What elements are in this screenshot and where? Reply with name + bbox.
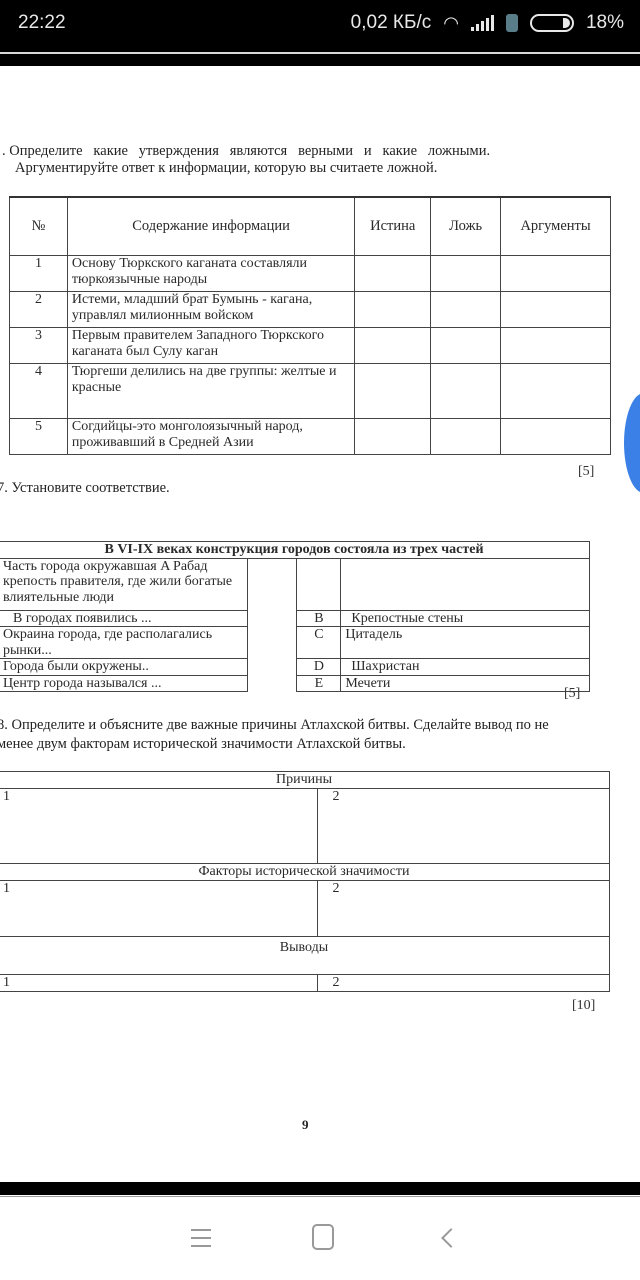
task6-prompt-line1: . Определите какие утверждения являются … xyxy=(2,143,490,160)
battle-analysis-table: Причины 1 2 Факторы исторической значимо… xyxy=(0,771,610,992)
conclusions-cell-2[interactable]: 2 xyxy=(318,975,610,992)
recent-apps-button[interactable] xyxy=(186,1223,216,1253)
row-statement: Основу Тюркского каганата составляли тюр… xyxy=(67,255,354,291)
task8-score: [10] xyxy=(572,998,595,1014)
matching-answer: Шахристан xyxy=(341,659,590,676)
page-number: 9 xyxy=(302,1117,309,1133)
true-cell[interactable] xyxy=(355,291,431,327)
row-number: 5 xyxy=(10,418,68,454)
matching-header: В VI-IX веках конструкция городов состоя… xyxy=(0,542,590,559)
status-bar: 22:22 0,02 КБ/с ◠ 18% xyxy=(0,0,640,52)
home-button[interactable] xyxy=(308,1223,338,1253)
row-statement: Согдийцы-это монголоязычный народ, прожи… xyxy=(67,418,354,454)
arguments-cell[interactable] xyxy=(501,418,611,454)
arguments-cell[interactable] xyxy=(501,327,611,363)
menu-icon xyxy=(191,1237,211,1239)
battery-percent: 18% xyxy=(586,12,624,34)
arguments-cell[interactable] xyxy=(501,291,611,327)
row-number: 3 xyxy=(10,327,68,363)
matching-letter: D xyxy=(297,659,341,676)
matching-letter: E xyxy=(297,675,341,692)
matching-left-item: Города были окружены.. xyxy=(0,659,247,676)
false-cell[interactable] xyxy=(431,255,501,291)
section-title-causes: Причины xyxy=(0,772,610,789)
menu-icon xyxy=(191,1229,211,1231)
task8-prompt-line1: 8. Определите и объясните две важные при… xyxy=(0,717,549,734)
row-number: 4 xyxy=(10,363,68,418)
battery-icon xyxy=(530,14,574,32)
matching-letter: B xyxy=(297,610,341,627)
document-page[interactable]: . Определите какие утверждения являются … xyxy=(0,66,640,1182)
matching-answer: Цитадель xyxy=(341,627,590,659)
row-statement: Первым правителем Западного Тюркского ка… xyxy=(67,327,354,363)
true-cell[interactable] xyxy=(355,418,431,454)
true-false-table: № Содержание информации Истина Ложь Аргу… xyxy=(9,196,611,455)
table-row: 3 Первым правителем Западного Тюркского … xyxy=(10,327,611,363)
section-title-conclusions: Выводы xyxy=(0,937,610,975)
menu-icon xyxy=(191,1245,211,1247)
wifi-icon: ◠ xyxy=(443,13,459,34)
true-cell[interactable] xyxy=(355,255,431,291)
table-row: 4 Тюргеши делились на две группы: желтые… xyxy=(10,363,611,418)
true-cell[interactable] xyxy=(355,363,431,418)
false-cell[interactable] xyxy=(431,327,501,363)
task6-score: [5] xyxy=(578,464,594,480)
home-icon xyxy=(312,1224,334,1250)
spacer xyxy=(247,558,297,692)
causes-cell-2[interactable]: 2 xyxy=(318,789,610,864)
false-cell[interactable] xyxy=(431,363,501,418)
task8-prompt-line2: менее двум факторам исторической значимо… xyxy=(0,736,406,753)
back-button[interactable] xyxy=(432,1223,462,1253)
col-header-number: № xyxy=(10,197,68,255)
matching-letter xyxy=(297,558,341,610)
task7-prompt: 7. Установите соответствие. xyxy=(0,480,170,497)
navigation-bar xyxy=(0,1196,640,1280)
col-header-true: Истина xyxy=(355,197,431,255)
table-row: 2 Истеми, младший брат Бумынь - кагана, … xyxy=(10,291,611,327)
task7-score: [5] xyxy=(564,686,580,702)
arguments-cell[interactable] xyxy=(501,363,611,418)
col-header-content: Содержание информации xyxy=(67,197,354,255)
causes-cell-1[interactable]: 1 xyxy=(0,789,318,864)
sim-icon xyxy=(506,14,518,32)
table-row: 5 Согдийцы-это монголоязычный народ, про… xyxy=(10,418,611,454)
row-number: 1 xyxy=(10,255,68,291)
matching-answer xyxy=(341,558,590,610)
viewer-toolbar xyxy=(0,54,640,66)
matching-left-item: Центр города назывался ... xyxy=(0,675,247,692)
task6-prompt-line2: Аргументируйте ответ к информации, котор… xyxy=(15,160,437,177)
matching-left-item: В городах появились ... xyxy=(0,610,247,627)
row-statement: Истеми, младший брат Бумынь - кагана, уп… xyxy=(67,291,354,327)
factors-cell-1[interactable]: 1 xyxy=(0,881,318,937)
row-number: 2 xyxy=(10,291,68,327)
arguments-cell[interactable] xyxy=(501,255,611,291)
matching-table: В VI-IX веках конструкция городов состоя… xyxy=(0,541,590,692)
false-cell[interactable] xyxy=(431,418,501,454)
conclusions-cell-1[interactable]: 1 xyxy=(0,975,318,992)
table-row: 1 Основу Тюркского каганата составляли т… xyxy=(10,255,611,291)
viewer-bottom-bar xyxy=(0,1182,640,1195)
clock: 22:22 xyxy=(18,12,66,34)
network-speed: 0,02 КБ/с xyxy=(351,12,432,34)
col-header-false: Ложь xyxy=(431,197,501,255)
col-header-arguments: Аргументы xyxy=(501,197,611,255)
section-title-factors: Факторы исторической значимости xyxy=(0,864,610,881)
factors-cell-2[interactable]: 2 xyxy=(318,881,610,937)
false-cell[interactable] xyxy=(431,291,501,327)
true-cell[interactable] xyxy=(355,327,431,363)
matching-left-item: Часть города окружавшая A Рабад крепость… xyxy=(0,558,247,610)
back-chevron-icon xyxy=(441,1228,461,1248)
signal-icon xyxy=(471,15,494,31)
matching-answer: Крепостные стены xyxy=(341,610,590,627)
matching-answer: Мечети xyxy=(341,675,590,692)
matching-letter: C xyxy=(297,627,341,659)
row-statement: Тюргеши делились на две группы: желтые и… xyxy=(67,363,354,418)
matching-left-item: Окраина города, где располагались рынки.… xyxy=(0,627,247,659)
